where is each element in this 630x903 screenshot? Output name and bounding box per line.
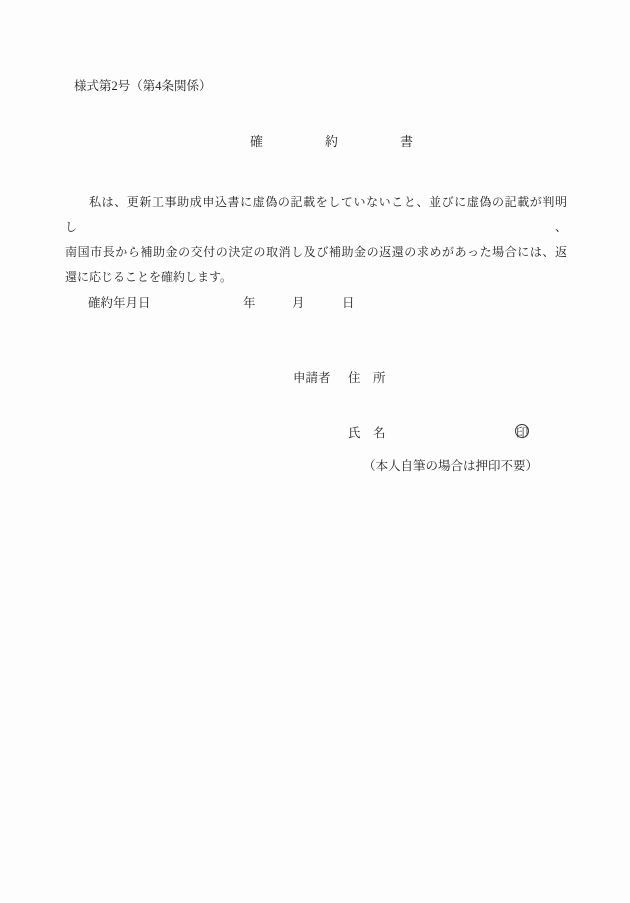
address-label: 住 所: [348, 370, 386, 386]
month-label: 月: [292, 295, 305, 311]
name-label: 氏 名: [348, 425, 386, 441]
body-line: 還に応じることを確約します。: [65, 265, 567, 290]
applicant-label: 申請者: [293, 370, 331, 386]
seal-icon: 印: [515, 424, 529, 438]
body-line: 私は、更新工事助成申込書に虚偽の記載をしていないこと、並びに虚偽の記載が判明し、: [65, 190, 567, 240]
pledge-date-label: 確約年月日: [88, 295, 151, 311]
body-line: 南国市長から補助金の交付の決定の取消し及び補助金の返還の求めがあった場合には、返: [65, 240, 567, 265]
document-title: 確約書: [250, 134, 475, 150]
year-label: 年: [243, 295, 256, 311]
document-page: 様式第2号（第4条関係） 確約書 私は、更新工事助成申込書に虚偽の記載をしていな…: [0, 0, 630, 903]
body-paragraph: 私は、更新工事助成申込書に虚偽の記載をしていないこと、並びに虚偽の記載が判明し、…: [65, 190, 567, 290]
form-number: 様式第2号（第4条関係）: [74, 78, 212, 94]
day-label: 日: [342, 295, 355, 311]
seal-note: （本人自筆の場合は押印不要）: [363, 458, 538, 474]
